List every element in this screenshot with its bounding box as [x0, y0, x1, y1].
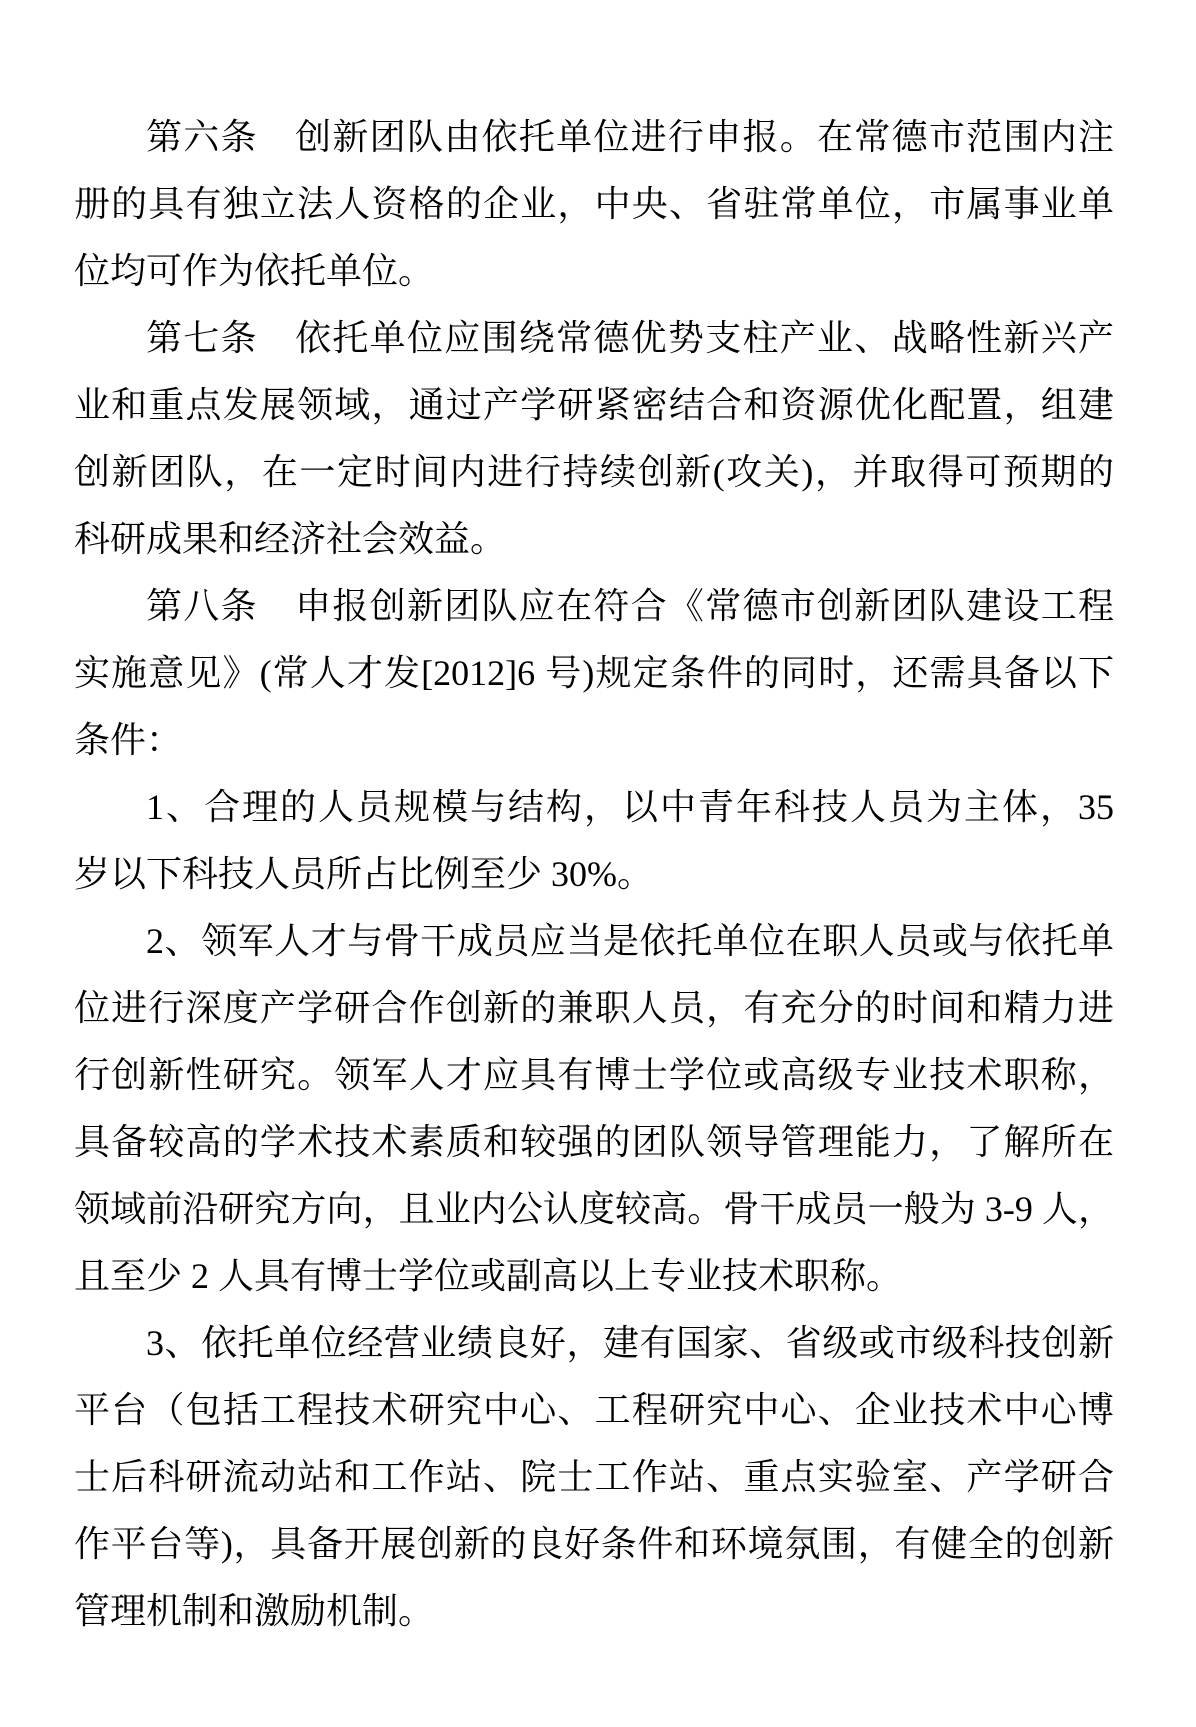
- text-line: 创新团队，在一定时间内进行持续创新(攻关)，并取得可预期的: [74, 439, 1114, 506]
- text-line: 第八条 申报创新团队应在符合《常德市创新团队建设工程: [74, 573, 1114, 640]
- paragraph-article-6: 第六条 创新团队由依托单位进行申报。在常德市范围内注册的具有独立法人资格的企业，…: [74, 104, 1114, 305]
- text-line: 管理机制和激励机制。: [74, 1578, 1114, 1645]
- text-line: 行创新性研究。领军人才应具有博士学位或高级专业技术职称，: [74, 1042, 1114, 1109]
- text-line: 士后科研流动站和工作站、院士工作站、重点实验室、产学研合: [74, 1444, 1114, 1511]
- text-line: 2、领军人才与骨干成员应当是依托单位在职人员或与依托单: [74, 908, 1114, 975]
- text-line: 实施意见》(常人才发[2012]6 号)规定条件的同时，还需具备以下: [74, 640, 1114, 707]
- text-line: 科研成果和经济社会效益。: [74, 506, 1114, 573]
- text-line: 且至少 2 人具有博士学位或副高以上专业技术职称。: [74, 1243, 1114, 1310]
- paragraph-article-7: 第七条 依托单位应围绕常德优势支柱产业、战略性新兴产业和重点发展领域，通过产学研…: [74, 305, 1114, 573]
- text-line: 3、依托单位经营业绩良好，建有国家、省级或市级科技创新: [74, 1310, 1114, 1377]
- paragraph-condition-3: 3、依托单位经营业绩良好，建有国家、省级或市级科技创新平台（包括工程技术研究中心…: [74, 1310, 1114, 1645]
- text-line: 第七条 依托单位应围绕常德优势支柱产业、战略性新兴产: [74, 305, 1114, 372]
- document-page: 第六条 创新团队由依托单位进行申报。在常德市范围内注册的具有独立法人资格的企业，…: [0, 0, 1196, 1727]
- text-line: 位均可作为依托单位。: [74, 238, 1114, 305]
- text-line: 条件：: [74, 707, 1114, 774]
- paragraph-article-8: 第八条 申报创新团队应在符合《常德市创新团队建设工程实施意见》(常人才发[201…: [74, 573, 1114, 774]
- text-line: 册的具有独立法人资格的企业，中央、省驻常单位，市属事业单: [74, 171, 1114, 238]
- text-line: 领域前沿研究方向，且业内公认度较高。骨干成员一般为 3-9 人，: [74, 1176, 1114, 1243]
- text-line: 第六条 创新团队由依托单位进行申报。在常德市范围内注: [74, 104, 1114, 171]
- text-line: 业和重点发展领域，通过产学研紧密结合和资源优化配置，组建: [74, 372, 1114, 439]
- paragraph-condition-1: 1、合理的人员规模与结构，以中青年科技人员为主体，35岁以下科技人员所占比例至少…: [74, 774, 1114, 908]
- text-line: 具备较高的学术技术素质和较强的团队领导管理能力，了解所在: [74, 1109, 1114, 1176]
- text-line: 位进行深度产学研合作创新的兼职人员，有充分的时间和精力进: [74, 975, 1114, 1042]
- document-body: 第六条 创新团队由依托单位进行申报。在常德市范围内注册的具有独立法人资格的企业，…: [74, 104, 1114, 1645]
- text-line: 1、合理的人员规模与结构，以中青年科技人员为主体，35: [74, 774, 1114, 841]
- text-line: 作平台等)，具备开展创新的良好条件和环境氛围，有健全的创新: [74, 1511, 1114, 1578]
- text-line: 平台（包括工程技术研究中心、工程研究中心、企业技术中心博: [74, 1377, 1114, 1444]
- paragraph-condition-2: 2、领军人才与骨干成员应当是依托单位在职人员或与依托单位进行深度产学研合作创新的…: [74, 908, 1114, 1310]
- text-line: 岁以下科技人员所占比例至少 30%。: [74, 841, 1114, 908]
